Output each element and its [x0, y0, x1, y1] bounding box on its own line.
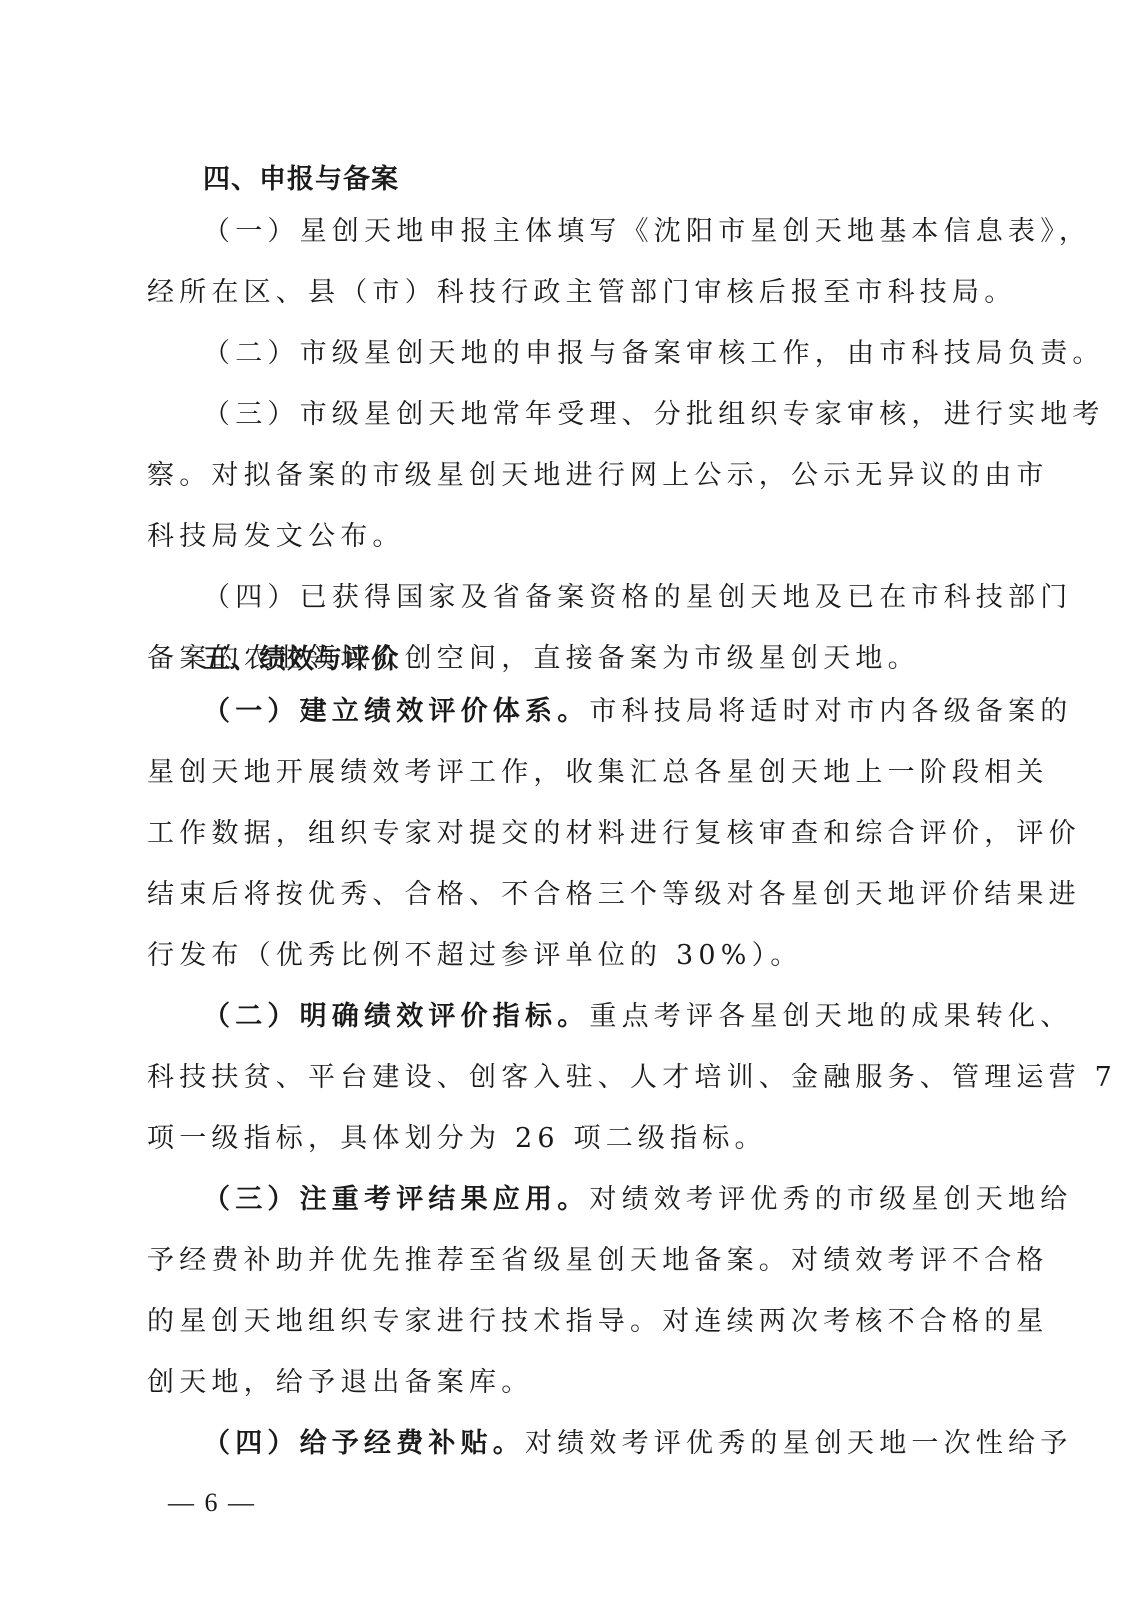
paragraph-4-1-line-2: 经所在区、县（市）科技行政主管部门审核后报至市科技局。 — [147, 273, 967, 334]
section-heading-4: 四、申报与备案 — [203, 160, 399, 200]
paragraph-5-3-line-1: （三）注重考评结果应用。对绩效考评优秀的市级星创天地给 — [203, 1180, 967, 1241]
paragraph-4-3-line-3: 科技局发文公布。 — [147, 517, 967, 578]
paragraph-5-3-first-rest: 对绩效考评优秀的市级星创天地给 — [589, 1184, 1072, 1215]
paragraph-5-4-line-1: （四）给予经费补贴。对绩效考评优秀的星创天地一次性给予 — [203, 1424, 967, 1485]
paragraph-5-1-line-4: 结束后将按优秀、合格、不合格三个等级对各星创天地评价结果进 — [147, 875, 967, 936]
paragraph-5-4-lead: （四）给予经费补贴。 — [203, 1428, 525, 1459]
paragraph-5-3-line-3: 的星创天地组织专家进行技术指导。对连续两次考核不合格的星 — [147, 1302, 967, 1363]
paragraph-5-3-lead: （三）注重考评结果应用。 — [203, 1184, 589, 1215]
paragraph-5-4-first-rest: 对绩效考评优秀的星创天地一次性给予 — [525, 1428, 1072, 1459]
paragraph-5-1-line-5: 行发布（优秀比例不超过参评单位的 30%）。 — [147, 936, 967, 997]
paragraph-5-2-line-2: 科技扶贫、平台建设、创客入驻、人才培训、金融服务、管理运营 7 — [147, 1058, 967, 1119]
paragraph-5-1-lead: （一）建立绩效评价体系。 — [203, 696, 589, 727]
paragraph-5-1-line-2: 星创天地开展绩效考评工作，收集汇总各星创天地上一阶段相关 — [147, 753, 967, 814]
paragraph-5-2-line-3: 项一级指标，具体划分为 26 项二级指标。 — [147, 1119, 967, 1180]
paragraph-4-3-line-1: （三）市级星创天地常年受理、分批组织专家审核，进行实地考 — [203, 395, 967, 456]
page-number: — 6 — — [168, 1488, 256, 1518]
paragraph-4-4-line-1: （四）已获得国家及省备案资格的星创天地及已在市科技部门 — [203, 578, 967, 639]
paragraph-4-1-line-1: （一）星创天地申报主体填写《沈阳市星创天地基本信息表》， — [203, 212, 967, 273]
paragraph-4-2-line-1: （二）市级星创天地的申报与备案审核工作，由市科技局负责。 — [203, 334, 967, 395]
paragraph-5-2-lead: （二）明确绩效评价指标。 — [203, 1001, 589, 1032]
paragraph-5-1-line-3: 工作数据，组织专家对提交的材料进行复核审查和综合评价，评价 — [147, 814, 967, 875]
paragraph-5-3-line-4: 创天地，给予退出备案库。 — [147, 1363, 967, 1424]
paragraph-5-2-line-1: （二）明确绩效评价指标。重点考评各星创天地的成果转化、 — [203, 997, 967, 1058]
paragraph-5-1-first-rest: 市科技局将适时对市内各级备案的 — [589, 696, 1072, 727]
section-heading-5: 五、绩效与评价 — [203, 640, 399, 680]
paragraph-5-2-first-rest: 重点考评各星创天地的成果转化、 — [589, 1001, 1072, 1032]
paragraph-5-1-line-1: （一）建立绩效评价体系。市科技局将适时对市内各级备案的 — [203, 692, 967, 753]
paragraph-5-3-line-2: 予经费补助并优先推荐至省级星创天地备案。对绩效考评不合格 — [147, 1241, 967, 1302]
paragraph-4-3-line-2: 察。对拟备案的市级星创天地进行网上公示，公示无异议的由市 — [147, 456, 967, 517]
document-page: 四、申报与备案 （一）星创天地申报主体填写《沈阳市星创天地基本信息表》， 经所在… — [0, 0, 1131, 1600]
